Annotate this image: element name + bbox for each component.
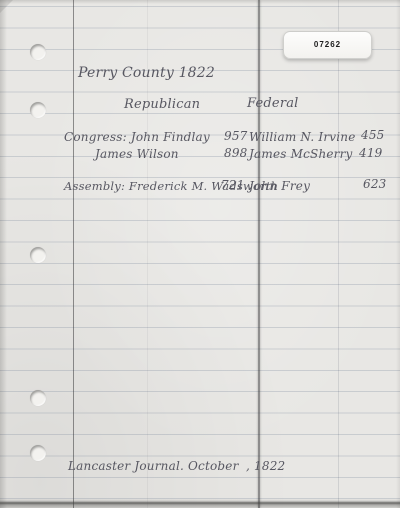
- source-citation: Lancaster Journal. October: [68, 459, 239, 473]
- row-office-and-candidate: Assembly: Frederick M. Wadsworth: [64, 179, 278, 193]
- column-header-republican: Republican: [124, 97, 200, 112]
- faint-column-line: [338, 0, 339, 508]
- scan-edge-top: [0, 0, 400, 4]
- punch-hole: [30, 102, 46, 118]
- vote-count-republican: 721: [221, 178, 245, 192]
- row-office-and-candidate: Congress: John Findlay: [64, 130, 210, 144]
- scanned-ledger-page: 07262 Perry County 1822 Republican Feder…: [0, 0, 400, 508]
- crease-line: [258, 0, 260, 508]
- candidate-name-federal: John Frey: [249, 179, 310, 193]
- candidate-name-federal: William N. Irvine: [249, 130, 356, 144]
- vote-count-federal: 455: [361, 128, 385, 142]
- scan-edge-right: [396, 0, 400, 508]
- catalog-number-sticker: 07262: [283, 31, 372, 59]
- vote-count-republican: 957: [224, 129, 248, 143]
- scan-edge-left: [0, 0, 7, 508]
- punch-hole: [30, 445, 46, 461]
- column-header-federal: Federal: [247, 96, 299, 111]
- paper-bottom-edge: [0, 499, 400, 508]
- source-citation-date: , 1822: [246, 459, 285, 473]
- ruled-lines: [0, 6, 400, 508]
- row-office-and-candidate: James Wilson: [95, 147, 179, 161]
- punch-hole: [30, 390, 46, 406]
- margin-line: [73, 0, 74, 508]
- vote-count-federal: 623: [363, 177, 387, 191]
- punch-hole: [30, 247, 46, 263]
- page-title: Perry County 1822: [78, 65, 215, 81]
- catalog-number: 07262: [284, 32, 371, 58]
- candidate-name-federal: James McSherry: [249, 147, 353, 161]
- vote-count-republican: 898: [224, 146, 248, 160]
- punch-hole: [30, 44, 46, 60]
- vote-count-federal: 419: [359, 146, 383, 160]
